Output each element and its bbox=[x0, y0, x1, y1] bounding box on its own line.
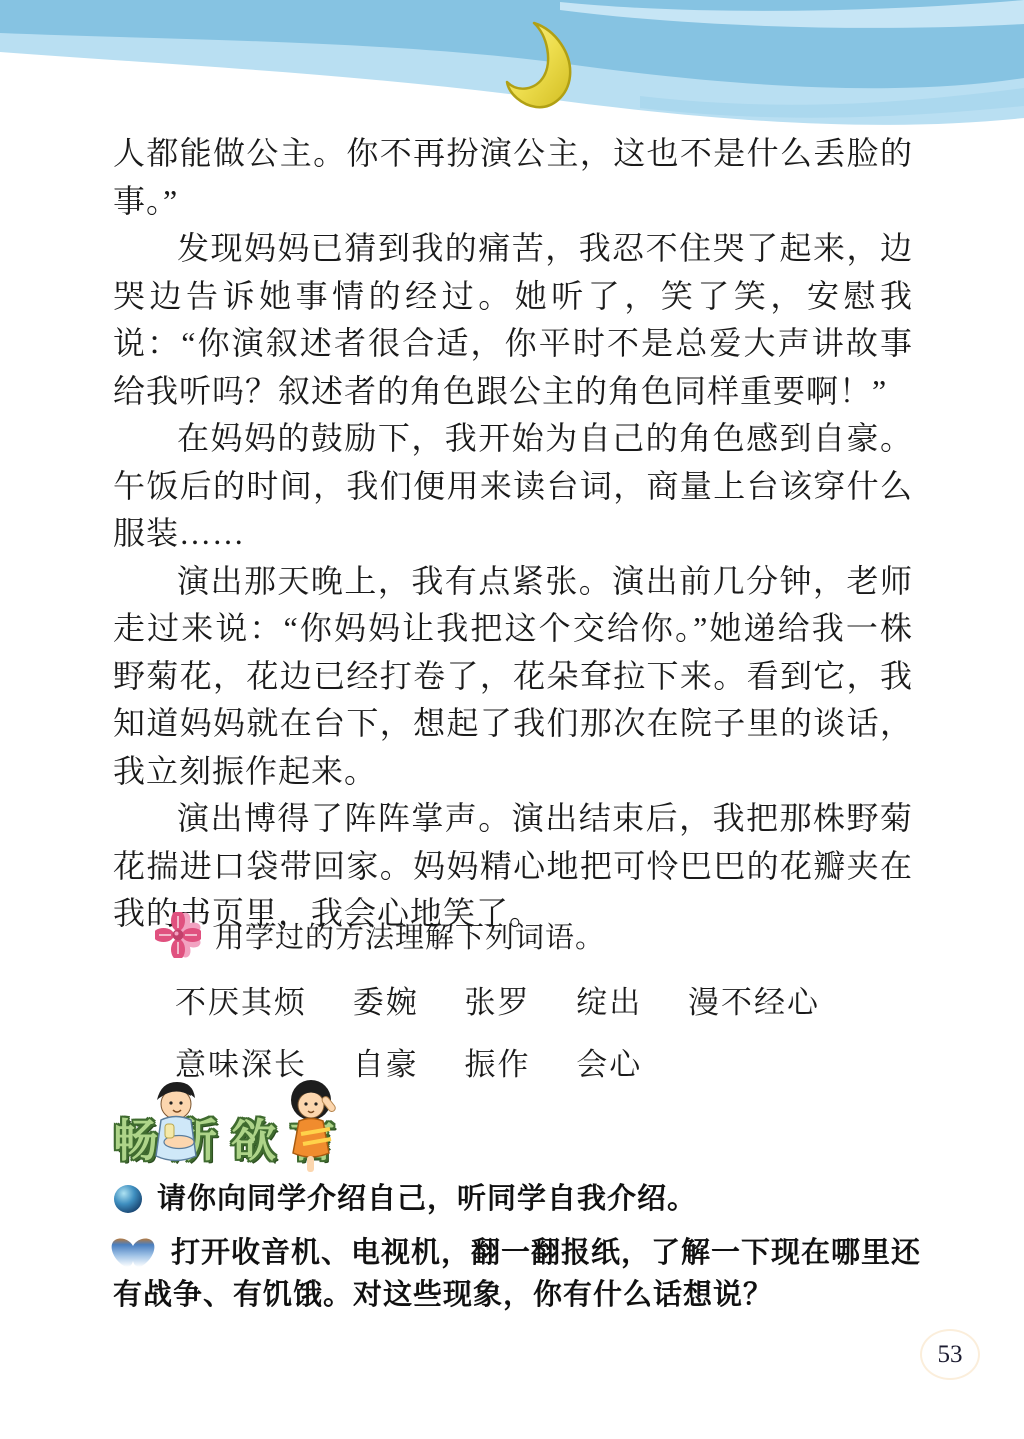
girl-cartoon-icon bbox=[273, 1076, 349, 1176]
discussion-text: 打开收音机、电视机，翻一翻报纸，了解一下现在哪里还有战争、有饥饿。对这些现象，你… bbox=[113, 1237, 921, 1311]
story-paragraph: 演出那天晚上，我有点紧张。演出前几分钟，老师走过来说：“你妈妈让我把这个交给你。… bbox=[113, 558, 913, 796]
pink-flower-icon bbox=[155, 912, 201, 958]
word: 张罗 bbox=[465, 977, 531, 1022]
textbook-page: 人都能做公主。你不再扮演公主，这也不是什么丢脸的事。” 发现妈妈已猜到我的痛苦，… bbox=[0, 0, 1024, 1439]
discussion-text: 请你向同学介绍自己，听同学自我介绍。 bbox=[157, 1178, 697, 1220]
blue-sphere-icon bbox=[113, 1184, 143, 1214]
discussion-item: 请你向同学介绍自己，听同学自我介绍。 bbox=[113, 1178, 943, 1220]
boy-cartoon-icon bbox=[135, 1078, 215, 1174]
discussion-item: 打开收音机、电视机，翻一翻报纸，了解一下现在哪里还有战争、有饥饿。对这些现象，你… bbox=[113, 1232, 943, 1316]
discussion-section: 畅所欲言 bbox=[113, 1082, 943, 1316]
story-paragraph: 人都能做公主。你不再扮演公主，这也不是什么丢脸的事。” bbox=[113, 130, 913, 225]
exercise-heading: 用学过的方法理解下列词语。 bbox=[155, 910, 935, 960]
exercise-section: 用学过的方法理解下列词语。 不厌其烦 委婉 张罗 绽出 漫不经心 意味深长 自豪… bbox=[155, 910, 935, 1084]
word-row: 意味深长 自豪 振作 会心 bbox=[155, 1039, 935, 1084]
word: 振作 bbox=[465, 1039, 531, 1084]
blue-butterfly-icon bbox=[109, 1236, 157, 1270]
page-number-badge: 53 bbox=[922, 1331, 978, 1378]
page-header-decoration bbox=[0, 0, 1024, 150]
page-number: 53 bbox=[938, 1341, 963, 1369]
story-text: 人都能做公主。你不再扮演公主，这也不是什么丢脸的事。” 发现妈妈已猜到我的痛苦，… bbox=[113, 130, 913, 938]
word: 不厌其烦 bbox=[175, 977, 307, 1022]
word: 委婉 bbox=[353, 977, 419, 1022]
word: 自豪 bbox=[353, 1039, 419, 1084]
exercise-instruction: 用学过的方法理解下列词语。 bbox=[215, 915, 605, 956]
word-row: 不厌其烦 委婉 张罗 绽出 漫不经心 bbox=[155, 977, 935, 1022]
speak-freely-logo: 畅所欲言 bbox=[113, 1082, 943, 1170]
story-paragraph: 在妈妈的鼓励下，我开始为自己的角色感到自豪。午饭后的时间，我们便用来读台词，商量… bbox=[113, 415, 913, 558]
story-paragraph: 发现妈妈已猜到我的痛苦，我忍不住哭了起来，边哭边告诉她事情的经过。她听了，笑了笑… bbox=[113, 225, 913, 415]
word: 漫不经心 bbox=[688, 977, 820, 1022]
word: 会心 bbox=[576, 1039, 642, 1084]
word: 绽出 bbox=[576, 977, 642, 1022]
wave-banner bbox=[0, 0, 1024, 150]
